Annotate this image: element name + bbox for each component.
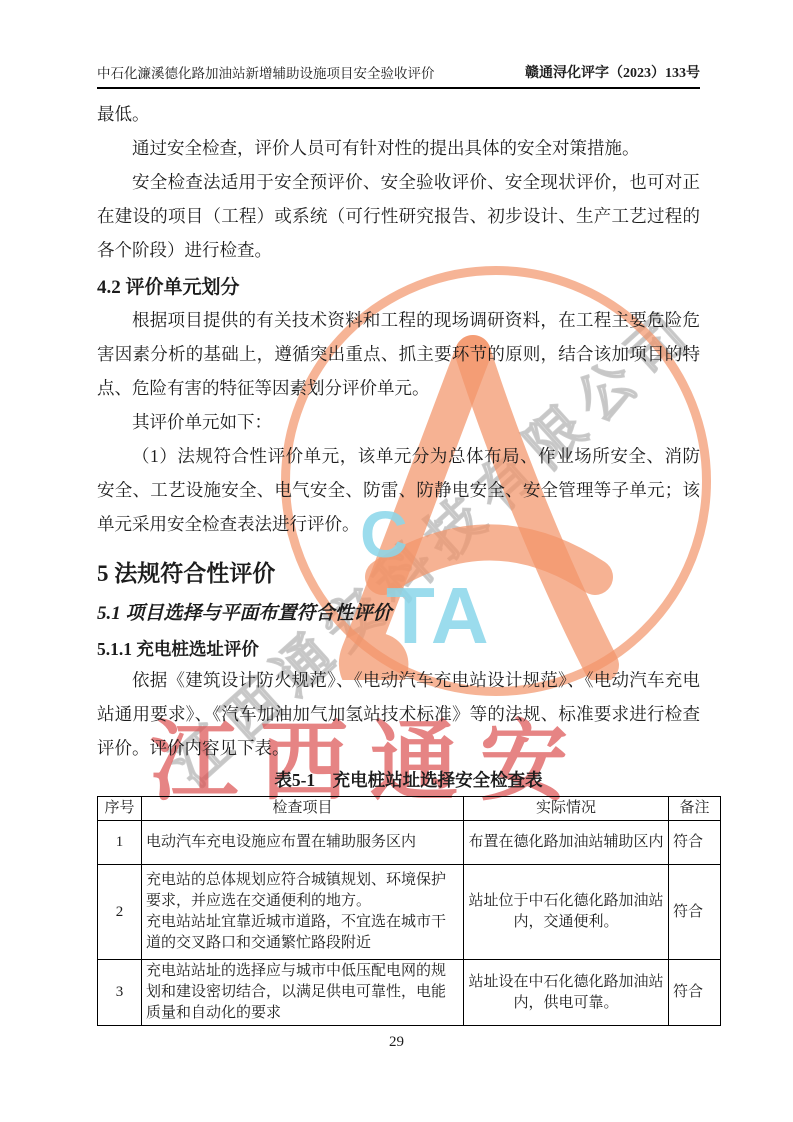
paragraph-carryover: 最低。 <box>97 97 700 131</box>
table-row: 2 充电站的总体规划应符合城镇规划、环境保护要求，并应选在交通便利的地方。 充电… <box>98 865 721 960</box>
heading-5: 5 法规符合性评价 <box>97 557 700 591</box>
cell-note: 符合 <box>669 821 721 865</box>
paragraph: 其评价单元如下： <box>97 405 700 439</box>
paragraph: 通过安全检查，评价人员可有针对性的提出具体的安全对策措施。 <box>97 131 700 165</box>
column-header-item: 检查项目 <box>142 797 464 821</box>
paragraph: 安全检查法适用于安全预评价、安全验收评价、安全现状评价，也可对正在建设的项目（工… <box>97 165 700 267</box>
heading-5-1-1: 5.1.1 充电桩选址评价 <box>97 635 700 663</box>
cell-no: 1 <box>98 821 142 865</box>
cell-actual: 站址位于中石化德化路加油站内，交通便利。 <box>464 865 669 960</box>
column-header-no: 序号 <box>98 797 142 821</box>
paragraph: （1）法规符合性评价单元，该单元分为总体布局、作业场所安全、消防安全、工艺设施安… <box>97 439 700 541</box>
column-header-actual: 实际情况 <box>464 797 669 821</box>
heading-4-2: 4.2 评价单元划分 <box>97 273 700 303</box>
page-number: 29 <box>0 1034 793 1051</box>
cell-item: 电动汽车充电设施应布置在辅助服务区内 <box>142 821 464 865</box>
inspection-table: 序号 检查项目 实际情况 备注 1 电动汽车充电设施应布置在辅助服务区内 布置在… <box>97 796 721 1026</box>
table-row: 3 充电站站址的选择应与城市中低压配电网的规划和建设密切结合，以满足供电可靠性，… <box>98 960 721 1026</box>
table-row: 1 电动汽车充电设施应布置在辅助服务区内 布置在德化路加油站辅助区内 符合 <box>98 821 721 865</box>
heading-5-1: 5.1 项目选择与平面布置符合性评价 <box>97 599 700 629</box>
cell-item: 充电站站址的选择应与城市中低压配电网的规划和建设密切结合，以满足供电可靠性，电能… <box>142 960 464 1026</box>
document-page: 江西通安科技有限公司 C TA 江西通安 中石化濂溪德化路加油站新增辅助设施项目… <box>0 0 793 1122</box>
header-report-title: 中石化濂溪德化路加油站新增辅助设施项目安全验收评价 <box>97 62 435 82</box>
cell-item: 充电站的总体规划应符合城镇规划、环境保护要求，并应选在交通便利的地方。 充电站站… <box>142 865 464 960</box>
cell-no: 3 <box>98 960 142 1026</box>
table-caption: 表5-1 充电桩站址选择安全检查表 <box>97 767 720 793</box>
page-header: 中石化濂溪德化路加油站新增辅助设施项目安全验收评价 赣通浔化评字（2023）13… <box>97 62 700 89</box>
column-header-note: 备注 <box>669 797 721 821</box>
cell-actual: 布置在德化路加油站辅助区内 <box>464 821 669 865</box>
header-doc-number: 赣通浔化评字（2023）133号 <box>525 62 700 82</box>
cell-no: 2 <box>98 865 142 960</box>
paragraph: 根据项目提供的有关技术资料和工程的现场调研资料，在工程主要危险危害因素分析的基础… <box>97 303 700 405</box>
cell-note: 符合 <box>669 865 721 960</box>
document-content: 中石化濂溪德化路加油站新增辅助设施项目安全验收评价 赣通浔化评字（2023）13… <box>0 0 793 1026</box>
paragraph: 依据《建筑设计防火规范》、《电动汽车充电站设计规范》、《电动汽车充电站通用要求》… <box>97 663 700 765</box>
table-header-row: 序号 检查项目 实际情况 备注 <box>98 797 721 821</box>
cell-actual: 站址设在中石化德化路加油站内，供电可靠。 <box>464 960 669 1026</box>
cell-note: 符合 <box>669 960 721 1026</box>
